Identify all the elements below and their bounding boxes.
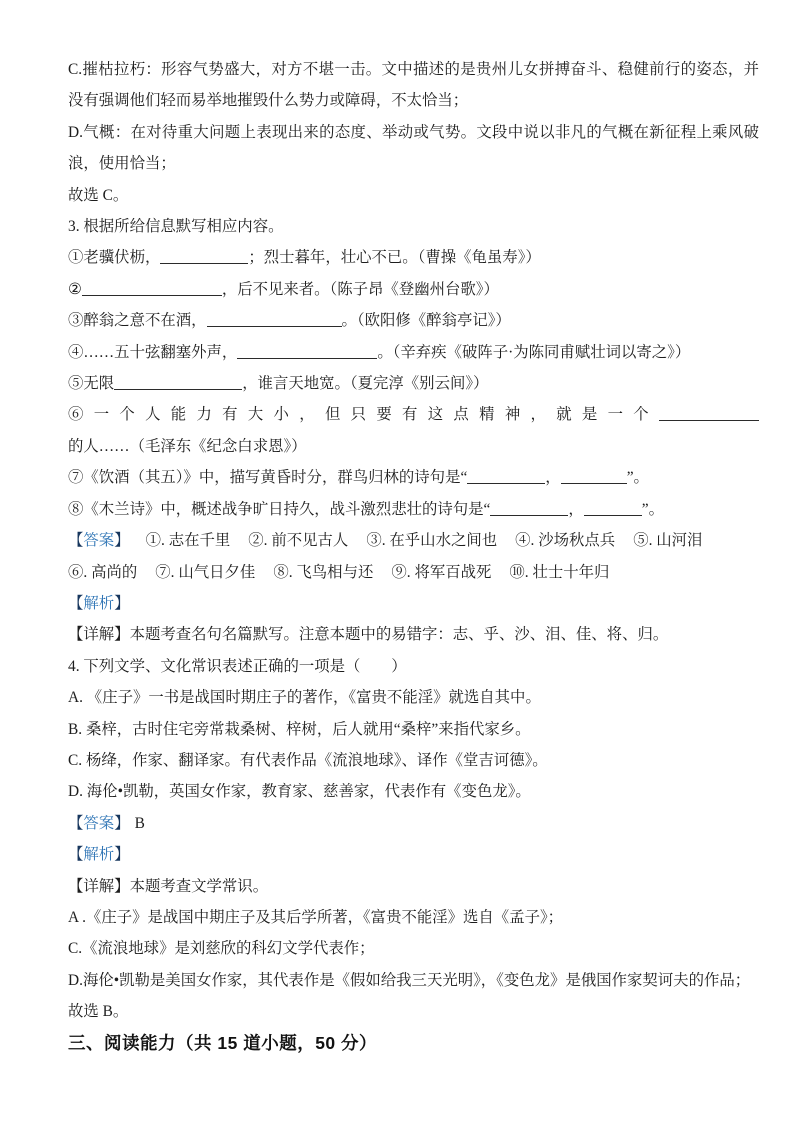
blank-line: [207, 314, 342, 327]
q3-item-4-pre: ④……五十弦翻塞外声，: [68, 344, 237, 361]
q3-item-1-post: ；烈士暮年，壮心不已。（曹操《龟虽寿》）: [248, 249, 540, 266]
q3-item-2: ②，后不见来者。（陈子昂《登幽州台歌》）: [68, 274, 759, 305]
q4-conclusion: 故选 B。: [68, 996, 759, 1027]
q3-item-4: ④……五十弦翻塞外声，。（辛弃疾《破阵子·为陈同甫赋壮词以寄之》）: [68, 337, 759, 368]
q3-item-3-post: 。（欧阳修《醉翁亭记》）: [342, 312, 511, 329]
q3-item-8-post: ”。: [642, 501, 664, 518]
q3-item-1: ①老骥伏枥，；烈士暮年，壮心不已。（曹操《龟虽寿》）: [68, 242, 759, 273]
q3-item-6-post: 的人……（毛泽东《纪念白求恩》）: [68, 438, 307, 455]
q4-analysis-label: 【解析】: [68, 839, 759, 870]
q3-item-4-post: 。（辛弃疾《破阵子·为陈同甫赋壮词以寄之》）: [377, 344, 690, 361]
blank-line: [82, 283, 222, 296]
blank-line: [659, 408, 759, 421]
blank-line: [490, 503, 568, 516]
q3-answer-row-2: ⑥. 高尚的⑦. 山气日夕佳⑧. 飞鸟相与还⑨. 将军百战死⑩. 壮士十年归: [68, 557, 759, 588]
q4-option-c: C. 杨绛，作家、翻译家。有代表作品《流浪地球》、译作《堂吉诃德》。: [68, 745, 759, 776]
q3-item-2-pre: ②: [68, 281, 82, 298]
q3-item-8-pre: ⑧《木兰诗》中，概述战争旷日持久，战斗激烈悲壮的诗句是“: [68, 501, 490, 518]
document-page: C.摧枯拉朽：形容气势盛大，对方不堪一击。文中描述的是贵州儿女拼搏奋斗、稳健前行…: [0, 0, 793, 1122]
q4-detail-d: D.海伦•凯勒是美国女作家，其代表作是《假如给我三天光明》，《变色龙》是俄国作家…: [68, 965, 759, 996]
q3-item-3: ③醉翁之意不在酒，。（欧阳修《醉翁亭记》）: [68, 305, 759, 336]
q3-analysis-label: 【解析】: [68, 588, 759, 619]
answer-label: 【答案】: [68, 815, 130, 832]
q3-item-5: ⑤无限，谁言天地宽。（夏完淳《别云间》）: [68, 368, 759, 399]
q4-option-b: B. 桑梓，古时住宅旁常栽桑树、梓树，后人就用“桑梓”来指代家乡。: [68, 714, 759, 745]
q3-answer-10: ⑩. 壮士十年归: [509, 564, 609, 581]
q3-item-5-pre: ⑤无限: [68, 375, 114, 392]
answer-label: 【答案】: [68, 532, 130, 549]
q3-detail: 【详解】本题考查名句名篇默写。注意本题中的易错字：志、乎、沙、泪、佳、将、归。: [68, 619, 759, 650]
q3-item-5-post: ，谁言天地宽。（夏完淳《别云间》）: [242, 375, 488, 392]
q3-stem: 3. 根据所给信息默写相应内容。: [68, 211, 759, 242]
blank-line: [561, 471, 627, 484]
q3-item-3-pre: ③醉翁之意不在酒，: [68, 312, 207, 329]
q2-option-c-analysis: C.摧枯拉朽：形容气势盛大，对方不堪一击。文中描述的是贵州儿女拼搏奋斗、稳健前行…: [68, 54, 759, 117]
q4-answer: 【答案】B: [68, 808, 759, 839]
q3-answer-8: ⑧. 飞鸟相与还: [273, 564, 373, 581]
blank-line: [467, 471, 545, 484]
q3-answer-1: ①. 志在千里: [146, 532, 231, 549]
blank-line: [584, 503, 642, 516]
q2-conclusion: 故选 C。: [68, 180, 759, 211]
q3-item-8-mid: ，: [568, 501, 583, 518]
q4-answer-value: B: [135, 815, 145, 832]
q4-stem: 4. 下列文学、文化常识表述正确的一项是（ ）: [68, 651, 759, 682]
q3-item-7-pre: ⑦《饮酒（其五）》中，描写黄昏时分，群鸟归林的诗句是“: [68, 469, 467, 486]
q3-answer-9: ⑨. 将军百战死: [391, 564, 491, 581]
q3-item-1-pre: ①老骥伏枥，: [68, 249, 160, 266]
q3-item-8: ⑧《木兰诗》中，概述战争旷日持久，战斗激烈悲壮的诗句是“，”。: [68, 494, 759, 525]
q3-answer-row-1: 【答案】①. 志在千里②. 前不见古人③. 在乎山水之间也④. 沙场秋点兵⑤. …: [68, 525, 759, 556]
blank-line: [114, 377, 242, 390]
q3-answer-3: ③. 在乎山水之间也: [366, 532, 497, 549]
q3-answer-2: ②. 前不见古人: [248, 532, 348, 549]
blank-line: [237, 346, 377, 359]
q4-option-a: A. 《庄子》一书是战国时期庄子的著作，《富贵不能淫》就选自其中。: [68, 682, 759, 713]
q3-item-6-pre: ⑥一个人能力有大小，但只要有这点精神，就是一个: [68, 406, 659, 423]
q3-answer-4: ④. 沙场秋点兵: [515, 532, 615, 549]
q4-detail-a: A .《庄子》是战国中期庄子及其后学所著，《富贵不能淫》选自《孟子》；: [68, 902, 759, 933]
q3-answer-6: ⑥. 高尚的: [68, 564, 137, 581]
q3-item-7-mid: ，: [545, 469, 560, 486]
section-heading-reading: 三、阅读能力（共 15 道小题，50 分）: [68, 1028, 759, 1059]
q4-option-d: D. 海伦•凯勒，英国女作家，教育家、慈善家，代表作有《变色龙》。: [68, 776, 759, 807]
q3-item-7-post: ”。: [627, 469, 649, 486]
q4-detail: 【详解】本题考查文学常识。: [68, 871, 759, 902]
q4-detail-c: C.《流浪地球》是刘慈欣的科幻文学代表作；: [68, 933, 759, 964]
q3-item-2-post: ，后不见来者。（陈子昂《登幽州台歌》）: [222, 281, 499, 298]
q3-answer-7: ⑦. 山气日夕佳: [155, 564, 255, 581]
q3-answer-5: ⑤. 山河泪: [633, 532, 702, 549]
q3-item-7: ⑦《饮酒（其五）》中，描写黄昏时分，群鸟归林的诗句是“，”。: [68, 462, 759, 493]
q2-option-d-analysis: D.气概：在对待重大问题上表现出来的态度、举动或气势。文段中说以非凡的气概在新征…: [68, 117, 759, 180]
blank-line: [160, 251, 248, 264]
q3-item-6: ⑥一个人能力有大小，但只要有这点精神，就是一个的人……（毛泽东《纪念白求恩》）: [68, 399, 759, 462]
